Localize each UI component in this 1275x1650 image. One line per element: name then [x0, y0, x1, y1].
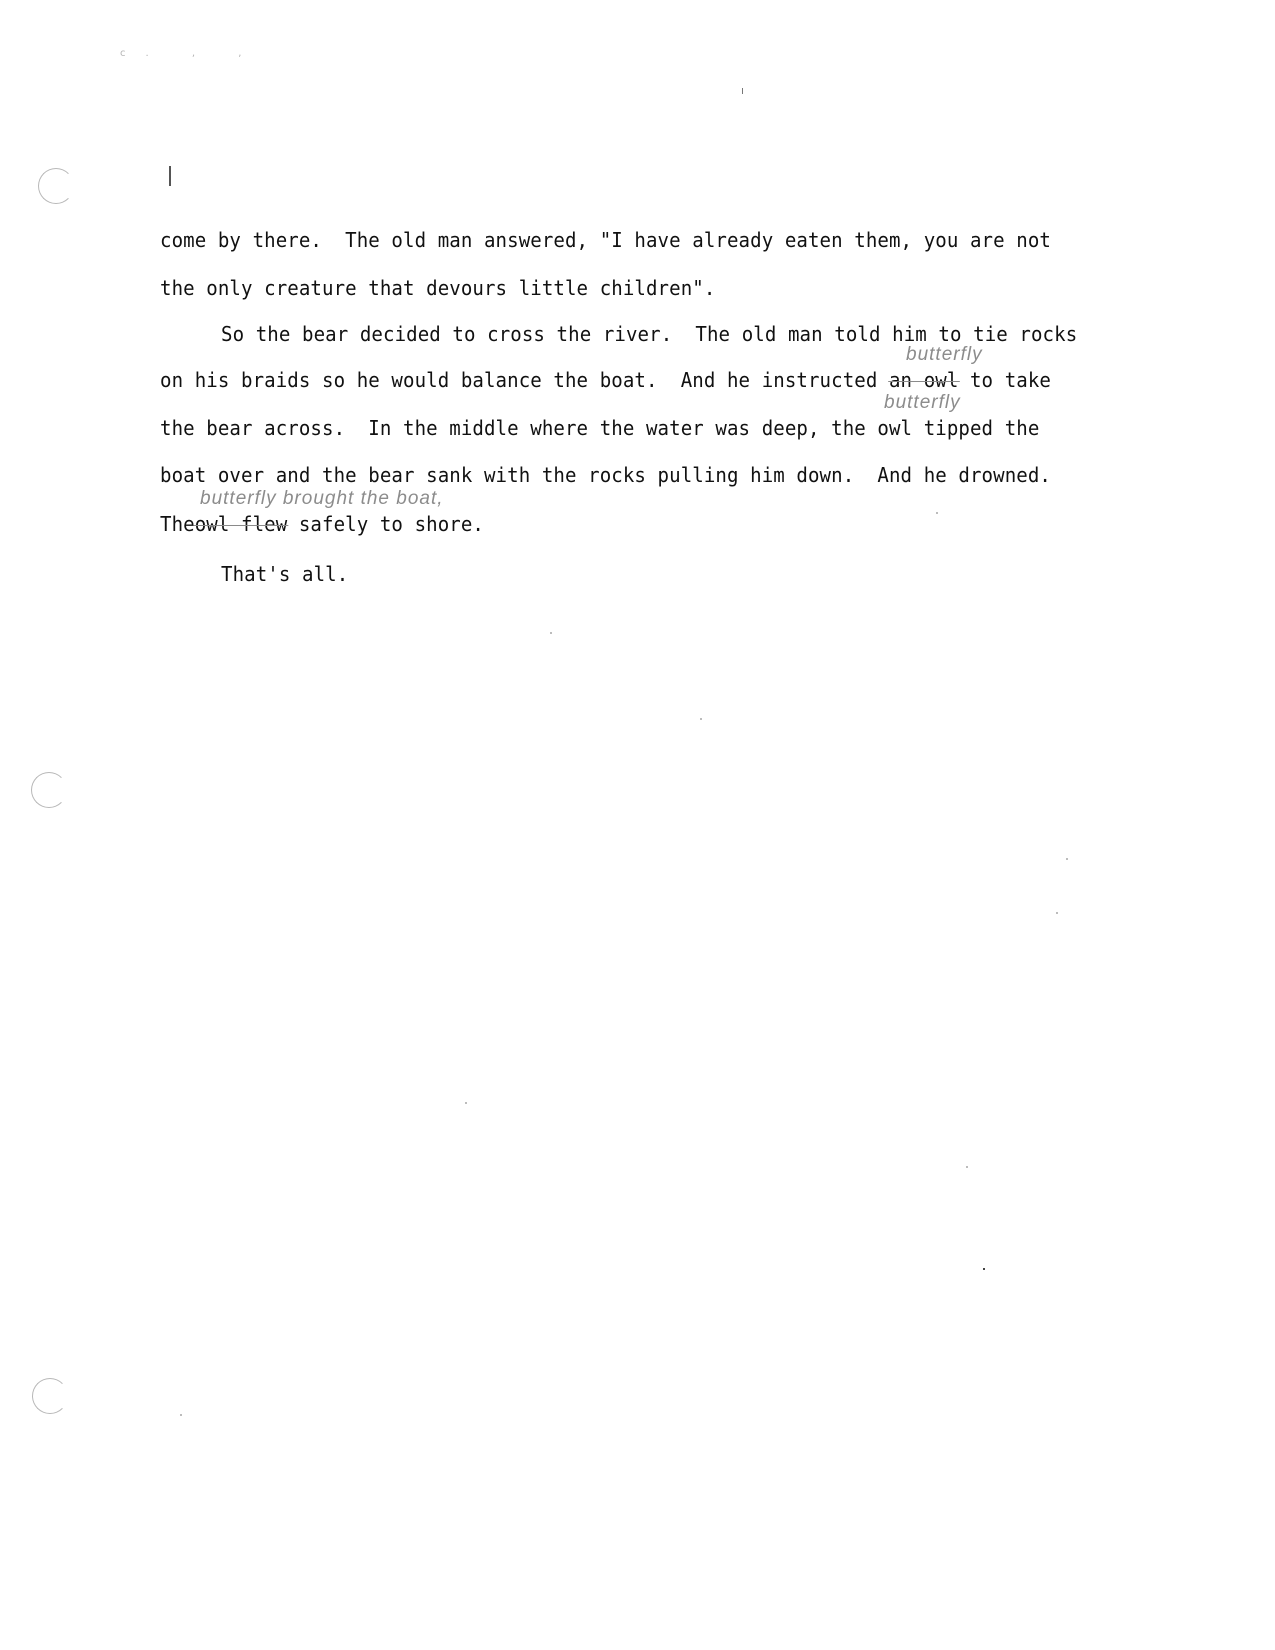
line-5-pre: the bear across. In the middle where the… — [160, 416, 877, 440]
text-line-2: the only creature that devours little ch… — [160, 276, 715, 300]
struck-text-1: an owl — [889, 368, 958, 392]
text-line-4: on his braids so he would balance the bo… — [160, 368, 1051, 392]
text-line-5: the bear across. In the middle where the… — [160, 416, 1039, 440]
text-line-1: come by there. The old man answered, "I … — [160, 228, 1051, 252]
handwritten-annotation-2: butterfly — [884, 392, 961, 414]
struck-text-2: owl flew — [195, 512, 288, 536]
handwritten-annotation-3: butterfly brought the boat, — [200, 488, 444, 510]
scan-speck — [1066, 858, 1068, 860]
line-4-pre: on his braids so he would balance the bo… — [160, 368, 889, 392]
scan-speck — [700, 718, 702, 720]
text-line-6: boat over and the bear sank with the roc… — [160, 463, 1051, 487]
line-4-post: to take — [958, 368, 1051, 392]
line-5-post: tipped the — [912, 416, 1039, 440]
handwritten-annotation-1: butterfly — [906, 344, 983, 366]
scan-speck — [465, 1102, 467, 1104]
line-7-post: safely to shore. — [287, 512, 484, 536]
scan-speck — [550, 632, 552, 634]
scanned-document-page: c. , , come by there. The old man answer… — [0, 0, 1275, 1650]
scan-speck — [742, 88, 743, 94]
scan-artifact-tick — [169, 166, 171, 186]
line-5-struck: owl — [877, 416, 912, 440]
line-7-pre: The — [160, 512, 195, 536]
binder-hole-top — [38, 168, 74, 204]
scan-speck — [966, 1166, 968, 1168]
scan-speck — [983, 1268, 985, 1270]
scan-speck — [936, 512, 938, 514]
text-line-8-closing: That's all. — [221, 562, 348, 586]
scan-speck — [1056, 912, 1058, 914]
binder-hole-bottom — [32, 1378, 68, 1414]
binder-hole-middle — [31, 772, 67, 808]
scan-artifact-marks: c. , , — [120, 48, 261, 59]
text-line-3: So the bear decided to cross the river. … — [221, 322, 1077, 346]
text-line-7: Theowl flew safely to shore. — [160, 512, 484, 536]
scan-speck — [180, 1414, 182, 1416]
